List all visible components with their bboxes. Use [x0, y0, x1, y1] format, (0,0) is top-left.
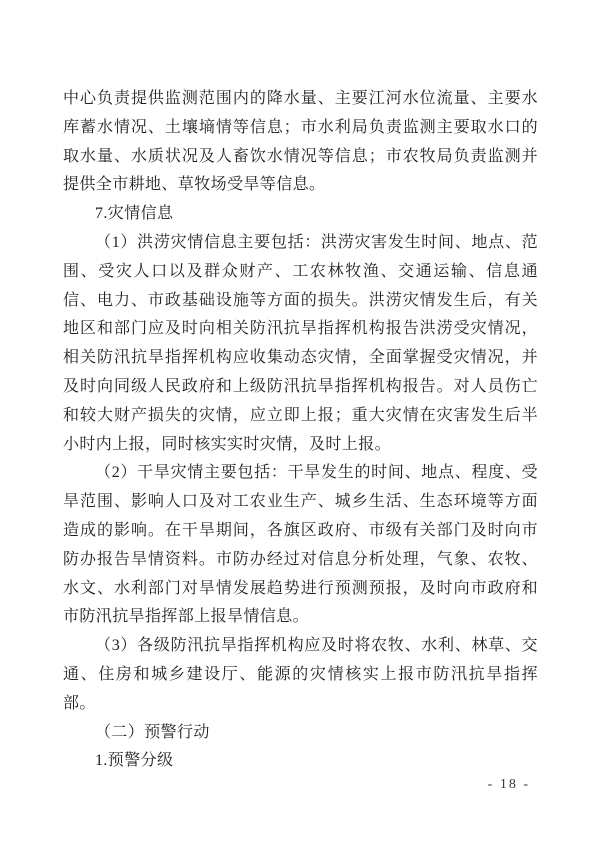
- document-page: 中心负责提供监测范围内的降水量、主要江河水位流量、主要水库蓄水情况、土壤墒情等信…: [0, 0, 600, 847]
- paragraph-monitoring-info-continuation: 中心负责提供监测范围内的降水量、主要江河水位流量、主要水库蓄水情况、土壤墒情等信…: [63, 85, 538, 200]
- section-heading-early-warning-action: （二）预警行动: [63, 719, 538, 748]
- paragraph-heading-disaster-info: 7.灾情信息: [63, 200, 538, 229]
- page-number: - 18 -: [488, 777, 530, 793]
- paragraph-reporting-requirement: （3）各级防汛抗旱指挥机构应及时将农牧、水利、林草、交通、住房和城乡建设厅、能源…: [63, 632, 538, 718]
- paragraph-drought-disaster-info: （2）干旱灾情主要包括：干旱发生的时间、地点、程度、受旱范围、影响人口及对工农业…: [63, 459, 538, 632]
- document-text-block: 中心负责提供监测范围内的降水量、主要江河水位流量、主要水库蓄水情况、土壤墒情等信…: [63, 85, 538, 776]
- paragraph-heading-warning-grading: 1.预警分级: [63, 747, 538, 776]
- paragraph-flood-disaster-info: （1）洪涝灾情信息主要包括：洪涝灾害发生时间、地点、范围、受灾人口以及群众财产、…: [63, 229, 538, 459]
